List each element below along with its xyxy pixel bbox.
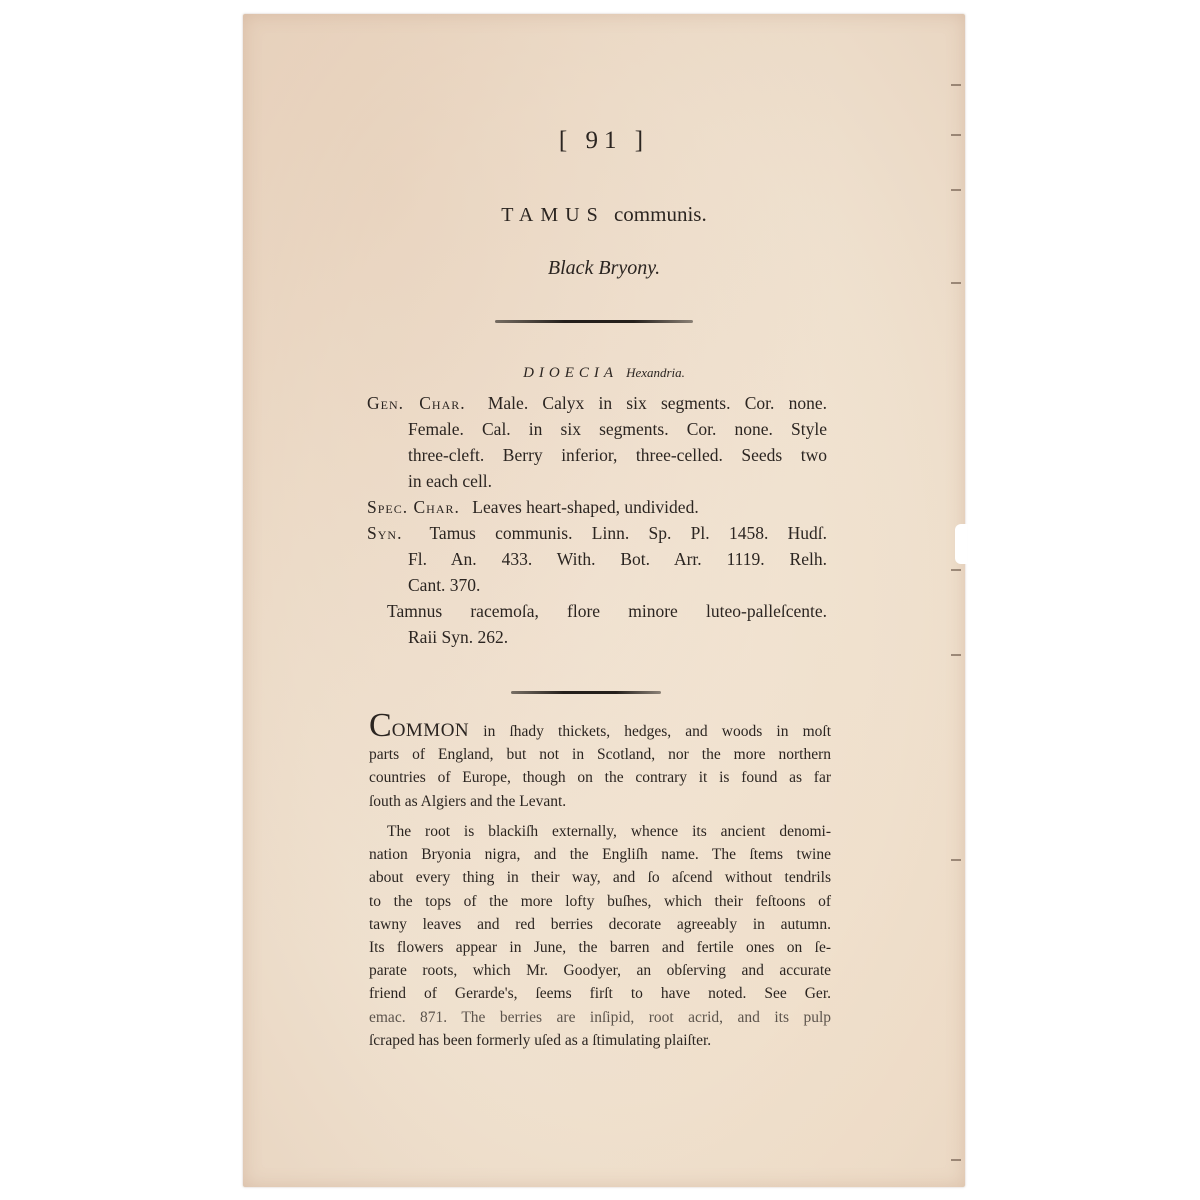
lead-word: OMMON (392, 720, 469, 741)
page-edge-tear (951, 859, 961, 861)
spec-char-text: Leaves heart-shaped, undivided. (472, 497, 698, 517)
specific-character: Spec. Char. Leaves heart-shaped, undivid… (367, 494, 827, 520)
page-edge-tear (951, 1159, 961, 1161)
ornamental-rule (495, 320, 693, 323)
body-line: nation Bryonia nigra, and the Engliſh na… (369, 843, 831, 866)
gen-char-line: in each cell. (367, 468, 827, 494)
order-name: Hexandria. (626, 365, 685, 380)
botanical-description: Gen. Char. Male. Calyx in six segments. … (367, 390, 827, 650)
book-page: [ 91 ] TAMUS communis. Black Bryony. DIO… (243, 14, 965, 1187)
body-line: ſcraped has been formerly uſed as a ſtim… (369, 1029, 831, 1052)
gen-char-label: Gen. Char. (367, 393, 466, 413)
gen-char-line: Female. Cal. in six segments. Cor. none.… (367, 416, 827, 442)
gen-char-line: three-cleft. Berry inferior, three-celle… (367, 442, 827, 468)
body-line: friend of Gerarde's, ſeems firſt to have… (369, 982, 831, 1005)
body-line: to the tops of the more lofty buſhes, wh… (369, 890, 831, 913)
page-edge-tear (951, 569, 961, 571)
body-line: countries of Europe, though on the contr… (369, 766, 831, 789)
genus-name: TAMUS (501, 204, 604, 226)
page-edge-tear (951, 282, 961, 284)
gen-char-line: Male. Calyx in six segments. Cor. none. (488, 393, 827, 413)
generic-character: Gen. Char. Male. Calyx in six segments. … (367, 390, 827, 494)
body-paragraph-2: The root is blackiſh externally, whence … (369, 820, 831, 1052)
species-title: TAMUS communis. (243, 202, 965, 227)
body-line: parts of England, but not in Scotland, n… (369, 743, 831, 766)
body-line: The root is blackiſh externally, whence … (369, 820, 831, 843)
page-edge-tear (951, 189, 961, 191)
body-line: parate roots, which Mr. Goodyer, an obſe… (369, 959, 831, 982)
syn-label: Syn. (367, 523, 402, 543)
syn-line: Tamus communis. Linn. Sp. Pl. 1458. Hudſ… (429, 523, 827, 543)
common-name: Black Bryony. (243, 257, 965, 280)
body-paragraph-1: COMMON in ſhady thickets, hedges, and wo… (369, 716, 831, 813)
body-line: about every thing in their way, and ſo a… (369, 866, 831, 889)
class-name: DIOECIA (523, 365, 618, 381)
body-line: in ſhady thickets, hedges, and woods in … (483, 723, 831, 740)
body-line: tawny leaves and red berries decorate ag… (369, 913, 831, 936)
body-line: Its flowers appear in June, the barren a… (369, 936, 831, 959)
ornamental-rule (511, 691, 661, 694)
spec-char-label: Spec. Char. (367, 497, 460, 517)
syn-line: Cant. 370. (367, 572, 827, 598)
syn-line: Raii Syn. 262. (367, 624, 827, 650)
page-number: [ 91 ] (243, 127, 965, 155)
species-epithet: communis. (614, 202, 707, 226)
body-line: emac. 871. The berries are inſipid, root… (369, 1006, 831, 1029)
syn-line: Fl. An. 433. With. Bot. Arr. 1119. Relh. (367, 546, 827, 572)
linnaean-classification: DIOECIA Hexandria. (243, 364, 965, 382)
drop-cap: C (369, 707, 392, 744)
syn-line: Tamnus racemoſa, flore minore luteo-pall… (367, 598, 827, 624)
synonymy: Syn. Tamus communis. Linn. Sp. Pl. 1458.… (367, 520, 827, 650)
body-line: ſouth as Algiers and the Levant. (369, 790, 831, 813)
page-edge-tear (951, 84, 961, 86)
page-edge-tear (951, 654, 961, 656)
